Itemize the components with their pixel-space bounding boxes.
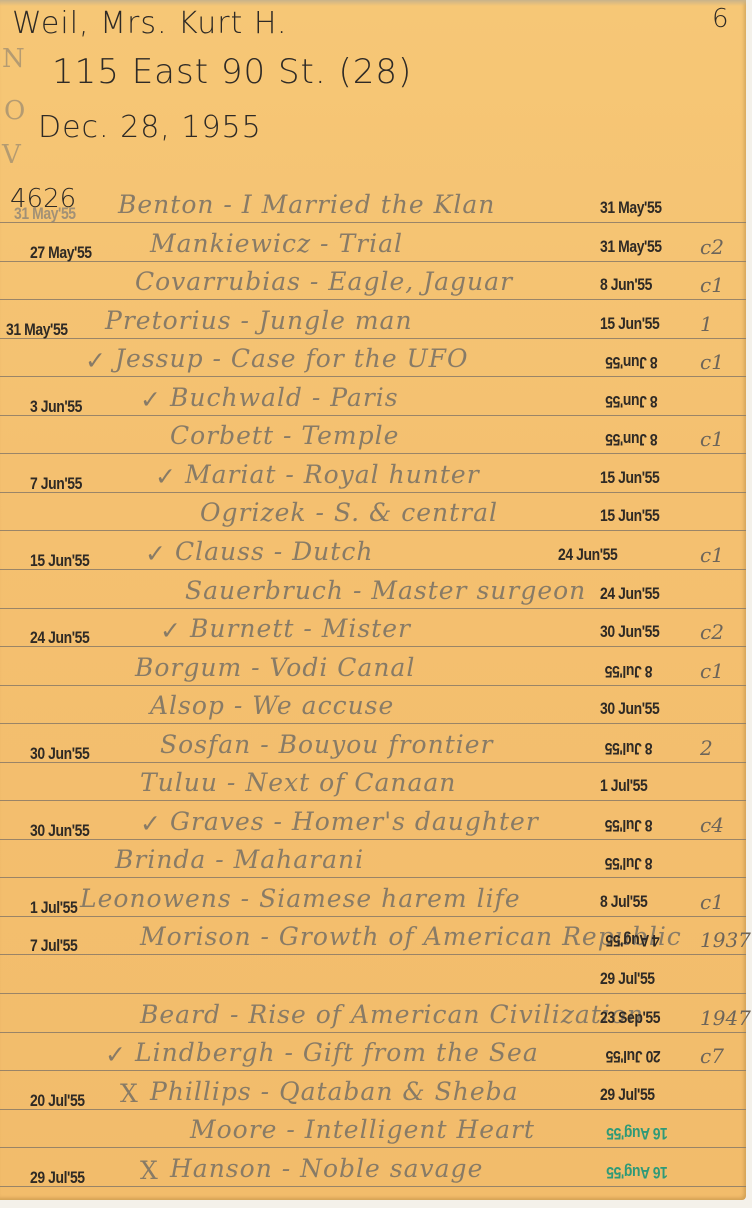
patron-address: 115 East 90 St. (28) (52, 52, 412, 92)
entry-note: c1 (700, 543, 724, 567)
right-date-stamp: 8 Jun'55 (600, 275, 652, 295)
ruled-line (0, 685, 746, 686)
entry-note: c1 (700, 350, 724, 374)
entry-note: 1 (700, 312, 713, 336)
entry-title: Jessup - Case for the UFO (115, 344, 469, 373)
left-date-stamp: 31 May'55 (14, 204, 76, 224)
left-date-stamp: 20 Jul'55 (30, 1091, 85, 1111)
ruled-line (0, 261, 746, 262)
ruled-line (0, 299, 746, 300)
right-date-stamp: 24 Jun'55 (600, 584, 659, 604)
entry-title: Buchwald - Paris (170, 383, 399, 412)
ruled-line (0, 338, 746, 339)
entry-title: Mankiewicz - Trial (150, 229, 403, 258)
entry-note: c1 (700, 427, 724, 451)
left-date-stamp: 30 Jun'55 (30, 821, 89, 841)
entry-note: c4 (700, 813, 724, 837)
entry-title: Brinda - Maharani (115, 845, 364, 874)
left-date-stamp: 1 Jul'55 (30, 898, 77, 918)
entry-note: c2 (700, 235, 724, 259)
ruled-line (0, 492, 746, 493)
entry-title: Moore - Intelligent Heart (190, 1115, 535, 1144)
ruled-line (0, 1186, 746, 1187)
right-date-stamp: 8 Jul'55 (605, 738, 652, 758)
check-mark: ✓ (140, 385, 162, 414)
ruled-line (0, 877, 746, 878)
right-date-stamp: 8 Jun'55 (606, 391, 658, 411)
entry-note: c1 (700, 273, 724, 297)
right-date-stamp: 30 Jun'55 (600, 699, 659, 719)
ruled-line (0, 222, 746, 223)
left-date-stamp: 24 Jun'55 (30, 628, 89, 648)
right-date-stamp: 15 Jun'55 (600, 468, 659, 488)
ruled-line (0, 453, 746, 454)
ruled-line (0, 608, 746, 609)
entry-title: Sosfan - Bouyou frontier (160, 730, 494, 759)
right-date-stamp: 4 Aug'55 (606, 930, 660, 950)
margin-mark-o: O (4, 96, 25, 126)
entry-note: 1947 (700, 1006, 751, 1030)
right-date-stamp: 23 Sep'55 (600, 1008, 660, 1028)
right-date-stamp: 24 Jun'55 (558, 545, 617, 565)
check-mark: ✓ (155, 462, 177, 491)
right-date-stamp: 8 Jul'55 (605, 853, 652, 873)
entry-title: Tuluu - Next of Canaan (140, 768, 456, 797)
check-mark: X (120, 1079, 139, 1108)
entry-note: c1 (700, 659, 724, 683)
ruled-line (0, 530, 746, 531)
right-date-stamp: 8 Jul'55 (605, 815, 652, 835)
check-mark: ✓ (85, 346, 107, 375)
left-date-stamp: 29 Jul'55 (30, 1168, 85, 1188)
ruled-line (0, 1070, 746, 1071)
right-date-stamp: 31 May'55 (600, 237, 662, 257)
margin-mark-v: V (2, 140, 21, 170)
entry-title: Borgum - Vodi Canal (135, 653, 415, 682)
ruled-line (0, 916, 746, 917)
entry-note: c1 (700, 890, 724, 914)
right-date-stamp: 16 Aug'55 (607, 1123, 668, 1143)
check-mark: X (140, 1156, 159, 1185)
left-date-stamp: 7 Jun'55 (30, 474, 82, 494)
margin-mark-n: N (2, 44, 25, 74)
ruled-line (0, 800, 746, 801)
entry-title: Lindbergh - Gift from the Sea (135, 1038, 539, 1067)
entry-note: c7 (700, 1044, 724, 1068)
ruled-line (0, 569, 746, 570)
right-date-stamp: 31 May'55 (600, 198, 662, 218)
corner-number: 6 (712, 4, 729, 34)
entry-title: Graves - Homer's daughter (170, 807, 539, 836)
entry-title: Alsop - We accuse (150, 691, 394, 720)
ruled-line (0, 723, 746, 724)
entry-note: 2 (700, 736, 713, 760)
left-date-stamp: 15 Jun'55 (30, 551, 89, 571)
library-card: Weil, Mrs. Kurt H. 6 115 East 90 St. (28… (0, 0, 746, 1200)
ruled-line (0, 1147, 746, 1148)
entry-title: Clauss - Dutch (175, 537, 373, 566)
entry-title: Benton - I Married the Klan (118, 190, 495, 219)
entry-title: Phillips - Qataban & Sheba (150, 1077, 519, 1106)
right-date-stamp: 16 Aug'55 (607, 1162, 668, 1182)
entry-title: Mariat - Royal hunter (185, 460, 480, 489)
ruled-line (0, 415, 746, 416)
entry-title: Morison - Growth of American Republic (140, 922, 682, 951)
entry-title: Hanson - Noble savage (170, 1154, 483, 1183)
ruled-line (0, 762, 746, 763)
entry-title: Sauerbruch - Master surgeon (185, 576, 586, 605)
right-date-stamp: 30 Jun'55 (600, 622, 659, 642)
ruled-line (0, 1109, 746, 1110)
check-mark: ✓ (145, 539, 167, 568)
ruled-line (0, 954, 746, 955)
ruled-line (0, 839, 746, 840)
check-mark: ✓ (160, 616, 182, 645)
left-date-stamp: 27 May'55 (30, 243, 92, 263)
right-date-stamp: 29 Jul'55 (600, 1085, 655, 1105)
entry-title: Burnett - Mister (190, 614, 411, 643)
left-date-stamp: 30 Jun'55 (30, 744, 89, 764)
ruled-line (0, 646, 746, 647)
left-date-stamp: 3 Jun'55 (30, 397, 82, 417)
check-mark: ✓ (140, 809, 162, 838)
entry-title: Pretorius - Jungle man (105, 306, 413, 335)
entry-title: Leonowens - Siamese harem life (80, 884, 521, 913)
left-date-stamp: 7 Jul'55 (30, 936, 77, 956)
entry-note: c2 (700, 620, 724, 644)
left-date-stamp: 31 May'55 (6, 320, 68, 340)
right-date-stamp: 1 Jul'55 (600, 776, 647, 796)
entry-title: Covarrubias - Eagle, Jaguar (135, 267, 513, 296)
entry-title: Ogrizek - S. & central (200, 498, 498, 527)
ruled-line (0, 1032, 746, 1033)
right-date-stamp: 8 Jul'55 (605, 661, 652, 681)
right-date-stamp: 29 Jul'55 (600, 969, 655, 989)
right-date-stamp: 20 Jul'55 (606, 1046, 661, 1066)
right-date-stamp: 8 Jul'55 (600, 892, 647, 912)
right-date-stamp: 8 Jun'55 (606, 352, 658, 372)
right-date-stamp: 8 Jun'55 (606, 429, 658, 449)
entry-title: Beard - Rise of American Civilization (140, 1000, 644, 1029)
right-date-stamp: 15 Jun'55 (600, 506, 659, 526)
ruled-line (0, 993, 746, 994)
entry-title: Corbett - Temple (170, 421, 399, 450)
ruled-line (0, 376, 746, 377)
check-mark: ✓ (105, 1040, 127, 1069)
card-date: Dec. 28, 1955 (38, 110, 262, 145)
entry-note: 1937 (700, 928, 751, 952)
right-date-stamp: 15 Jun'55 (600, 314, 659, 334)
patron-name: Weil, Mrs. Kurt H. (12, 6, 287, 41)
